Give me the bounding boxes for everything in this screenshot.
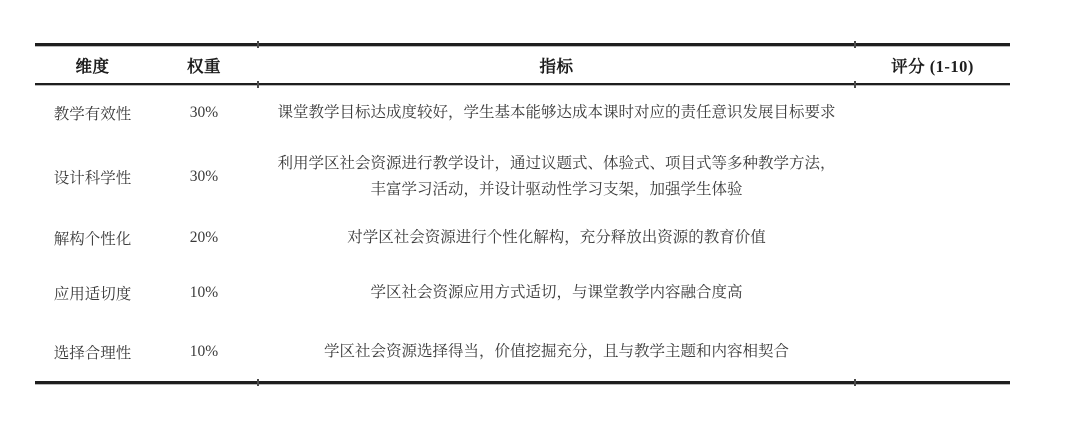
column-header-indicator: 指标: [258, 46, 855, 83]
column-header-score: 评分 (1-10): [855, 46, 1010, 83]
column-header-weight: 权重: [150, 46, 258, 83]
indicator-cell: 课堂教学目标达成度较好，学生基本能够达成本课时对应的责任意识发展目标要求: [258, 85, 855, 141]
indicator-line: 利用学区社会资源进行教学设计，通过议题式、体验式、项目式等多种教学方法，: [277, 151, 835, 177]
table-header-row: 维度 权重 指标 评分 (1-10): [35, 46, 1010, 83]
column-header-dimension: 维度: [35, 46, 150, 83]
dimension-cell: 应用适切度: [35, 263, 150, 323]
weight-cell: 30%: [150, 141, 258, 213]
column-divider-tick: [854, 81, 856, 88]
weight-cell: 10%: [150, 263, 258, 323]
table-bottom-rule: [35, 381, 1010, 384]
column-divider-tick: [257, 41, 259, 48]
evaluation-rubric-table: 维度 权重 指标 评分 (1-10) 教学有效性 30% 课堂教学目标达成度较好…: [35, 43, 1010, 384]
score-cell: [855, 213, 1010, 263]
dimension-cell: 教学有效性: [35, 85, 150, 141]
column-divider-tick: [854, 379, 856, 386]
indicator-cell: 学区社会资源选择得当，价值挖掘充分，且与教学主题和内容相契合: [258, 323, 855, 381]
dimension-cell: 设计科学性: [35, 141, 150, 213]
weight-cell: 30%: [150, 85, 258, 141]
indicator-cell: 利用学区社会资源进行教学设计，通过议题式、体验式、项目式等多种教学方法， 丰富学…: [258, 141, 855, 213]
indicator-text: 利用学区社会资源进行教学设计，通过议题式、体验式、项目式等多种教学方法， 丰富学…: [277, 151, 835, 203]
score-cell: [855, 141, 1010, 213]
weight-cell: 10%: [150, 323, 258, 381]
column-divider-tick: [854, 41, 856, 48]
score-cell: [855, 85, 1010, 141]
dimension-cell: 选择合理性: [35, 323, 150, 381]
dimension-cell: 解构个性化: [35, 213, 150, 263]
score-cell: [855, 263, 1010, 323]
table-body: 教学有效性 30% 课堂教学目标达成度较好，学生基本能够达成本课时对应的责任意识…: [35, 85, 1010, 381]
table-header-rule: [35, 83, 1010, 85]
column-divider-tick: [257, 81, 259, 88]
table-top-rule: [35, 43, 1010, 46]
indicator-cell: 对学区社会资源进行个性化解构，充分释放出资源的教育价值: [258, 213, 855, 263]
indicator-line: 丰富学习活动，并设计驱动性学习支架，加强学生体验: [277, 177, 835, 203]
indicator-cell: 学区社会资源应用方式适切，与课堂教学内容融合度高: [258, 263, 855, 323]
score-cell: [855, 323, 1010, 381]
weight-cell: 20%: [150, 213, 258, 263]
column-divider-tick: [257, 379, 259, 386]
